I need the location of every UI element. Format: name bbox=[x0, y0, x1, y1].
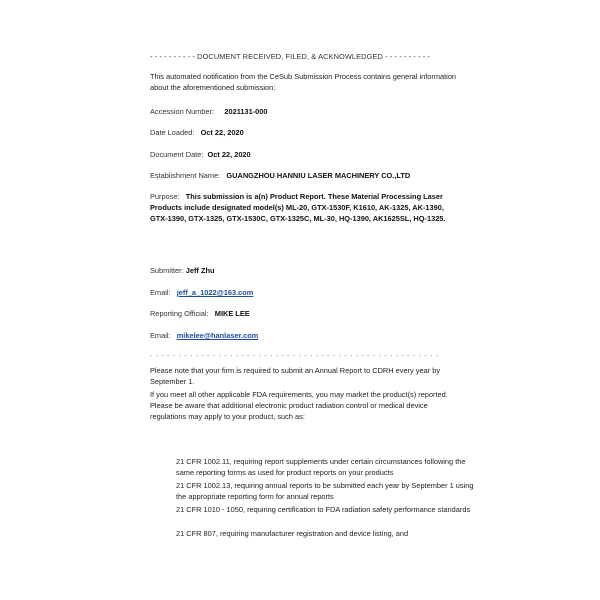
official-label: Reporting Official: bbox=[150, 309, 209, 318]
document-date-value: Oct 22, 2020 bbox=[208, 150, 251, 159]
submitter-value: Jeff Zhu bbox=[186, 266, 215, 275]
annual-report-note: Please note that your firm is required t… bbox=[150, 365, 460, 387]
purpose-value: This submission is a(n) Product Report. … bbox=[150, 192, 445, 223]
purpose-label: Purpose: bbox=[150, 192, 180, 201]
regulation-item: 21 CFR 1002.13, requiring annual reports… bbox=[176, 480, 476, 502]
official-email-row: Email: mikelee@hanlaser.com bbox=[150, 330, 258, 341]
accession-row: Accession Number: 2021131-000 bbox=[150, 106, 268, 117]
date-loaded-row: Date Loaded: Oct 22, 2020 bbox=[150, 127, 244, 138]
official-email-link[interactable]: mikelee@hanlaser.com bbox=[177, 331, 259, 340]
date-loaded-value: Oct 22, 2020 bbox=[201, 128, 244, 137]
document-date-row: Document Date: Oct 22, 2020 bbox=[150, 149, 251, 160]
submitter-row: Submitter: Jeff Zhu bbox=[150, 265, 215, 276]
submitter-email-label: Email: bbox=[150, 288, 171, 297]
purpose-row: Purpose: This submission is a(n) Product… bbox=[150, 191, 460, 224]
document-header: - - - - - - - - - - DOCUMENT RECEIVED, F… bbox=[150, 51, 430, 62]
fda-requirements-note: If you meet all other applicable FDA req… bbox=[150, 389, 460, 422]
official-value: MIKE LEE bbox=[215, 309, 250, 318]
establishment-value: GUANGZHOU HANNIU LASER MACHINERY CO.,LTD bbox=[226, 171, 410, 180]
submitter-label: Submitter: bbox=[150, 266, 184, 275]
submitter-email-row: Email: jeff_a_1022@163.com bbox=[150, 287, 253, 298]
accession-value: 2021131-000 bbox=[224, 107, 267, 116]
regulation-item: 21 CFR 1010 - 1050, requiring certificat… bbox=[176, 504, 476, 515]
accession-label: Accession Number: bbox=[150, 107, 214, 116]
document-date-label: Document Date: bbox=[150, 150, 203, 159]
official-row: Reporting Official: MIKE LEE bbox=[150, 308, 250, 319]
official-email-label: Email: bbox=[150, 331, 171, 340]
establishment-row: Establishment Name: GUANGZHOU HANNIU LAS… bbox=[150, 170, 410, 181]
separator-line: - - - - - - - - - - - - - - - - - - - - … bbox=[150, 350, 439, 361]
regulation-item: 21 CFR 1002.11, requiring report supplem… bbox=[176, 456, 476, 478]
regulation-item: 21 CFR 807, requiring manufacturer regis… bbox=[176, 528, 476, 539]
establishment-label: Establishment Name: bbox=[150, 171, 220, 180]
submitter-email-link[interactable]: jeff_a_1022@163.com bbox=[177, 288, 254, 297]
date-loaded-label: Date Loaded: bbox=[150, 128, 194, 137]
intro-paragraph: This automated notification from the CeS… bbox=[150, 71, 460, 93]
